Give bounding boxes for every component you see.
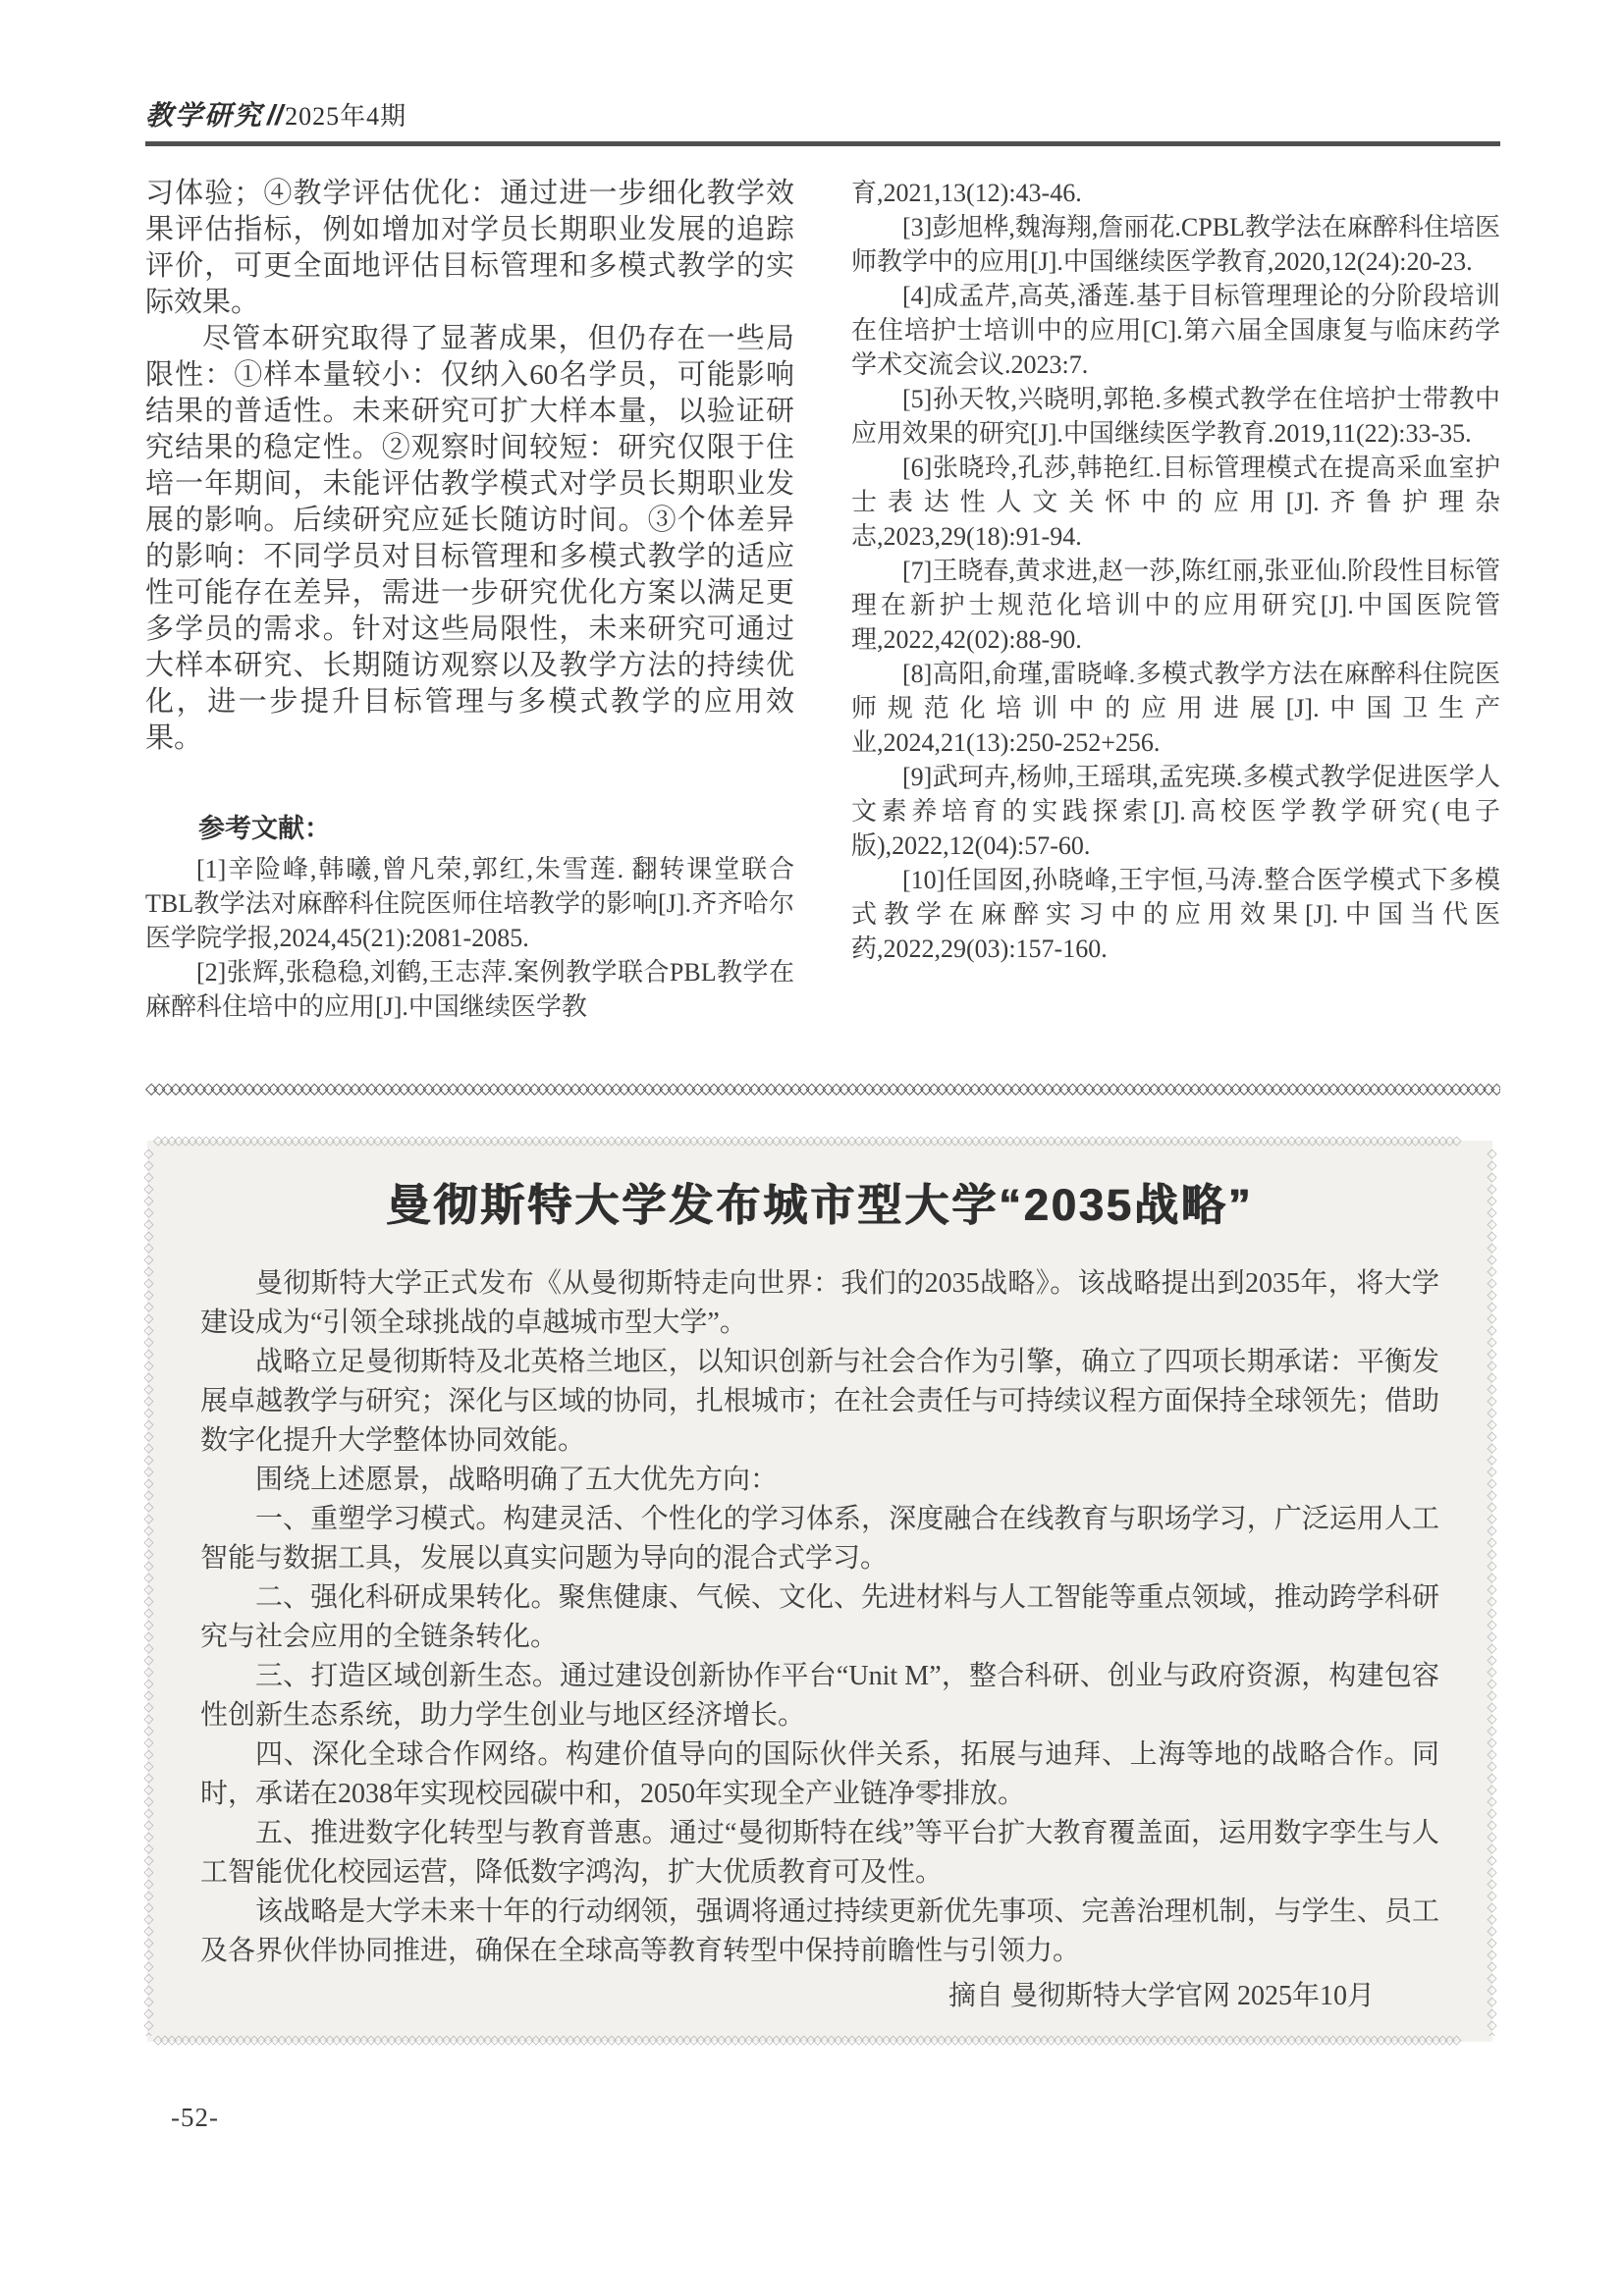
article-body-columns: 习体验；④教学评估优化：通过进一步细化教学效果评估指标，例如增加对学员长期职业发…: [145, 176, 1500, 1024]
reference-entry-continuation: 育,2021,13(12):43-46.: [851, 176, 1500, 210]
reference-entry: [5]孙天牧,兴晓明,郭艳.多模式教学在住培护士带教中应用效果的研究[J].中国…: [851, 382, 1500, 451]
page-number: -52-: [171, 2103, 219, 2132]
news-paragraph: 战略立足曼彻斯特及北英格兰地区，以知识创新与社会合作为引擎，确立了四项长期承诺：…: [200, 1343, 1439, 1461]
journal-slashes-decoration: //: [267, 100, 283, 132]
reference-entry: [9]武珂卉,杨帅,王瑶琪,孟宪瑛.多模式教学促进医学人文素养培育的实践探索[J…: [851, 760, 1500, 863]
body-paragraph: 尽管本研究取得了显著成果，但仍存在一些局限性：①样本量较小：仅纳入60名学员，可…: [145, 321, 794, 757]
news-paragraph: 该战略是大学未来十年的行动纲领，强调将通过持续更新优先事项、完善治理机制，与学生…: [200, 1893, 1439, 1971]
reference-entry: [6]张晓玲,孔莎,韩艳红.目标管理模式在提高采血室护士表达性人文关怀中的应用[…: [851, 451, 1500, 554]
news-paragraph: 五、推进数字化转型与教育普惠。通过“曼彻斯特在线”等平台扩大教育覆盖面，运用数字…: [200, 1814, 1439, 1893]
news-paragraph: 二、强化科研成果转化。聚焦健康、气候、文化、先进材料与人工智能等重点领域，推动跨…: [200, 1578, 1439, 1657]
reference-entry: [2]张辉,张稳稳,刘鹤,王志萍.案例教学联合PBL教学在麻醉科住培中的应用[J…: [145, 955, 794, 1024]
reference-entry: [1]辛险峰,韩曦,曾凡荣,郭红,朱雪莲. 翻转课堂联合TBL教学法对麻醉科住院…: [145, 852, 794, 955]
diamond-chain-divider: ◇◇◇◇◇◇◇◇◇◇◇◇◇◇◇◇◇◇◇◇◇◇◇◇◇◇◇◇◇◇◇◇◇◇◇◇◇◇◇◇…: [145, 1078, 1500, 1099]
news-attribution: 摘自 曼彻斯特大学官网 2025年10月: [200, 1977, 1439, 2016]
body-paragraph: 习体验；④教学评估优化：通过进一步细化教学效果评估指标，例如增加对学员长期职业发…: [145, 176, 794, 321]
reference-entry: [4]成孟芹,高英,潘莲.基于目标管理理论的分阶段培训在住培护士培训中的应用[C…: [851, 279, 1500, 382]
page-header: 教学研究//2025年4期: [145, 94, 1500, 133]
page-footer: -52-: [145, 2103, 1500, 2133]
news-title: 曼彻斯特大学发布城市型大学“2035战略”: [200, 1180, 1439, 1231]
news-box: ◇◇◇◇◇◇◇◇◇◇◇◇◇◇◇◇◇◇◇◇◇◇◇◇◇◇◇◇◇◇◇◇◇◇◇◇◇◇◇◇…: [147, 1141, 1492, 2042]
news-paragraph: 四、深化全球合作网络。构建价值导向的国际伙伴关系，拓展与迪拜、上海等地的战略合作…: [200, 1735, 1439, 1814]
header-rule-divider: [145, 141, 1500, 146]
box-border-top-decoration: ◇◇◇◇◇◇◇◇◇◇◇◇◇◇◇◇◇◇◇◇◇◇◇◇◇◇◇◇◇◇◇◇◇◇◇◇◇◇◇◇…: [153, 1135, 1487, 1148]
reference-entry: [10]任囯囡,孙晓峰,王宇恒,马涛.整合医学模式下多模式教学在麻醉实习中的应用…: [851, 863, 1500, 966]
reference-entry: [3]彭旭桦,魏海翔,詹丽花.CPBL教学法在麻醉科住培医师教学中的应用[J].…: [851, 210, 1500, 279]
reference-entry: [7]王晓春,黄求进,赵一莎,陈红丽,张亚仙.阶段性目标管理在新护士规范化培训中…: [851, 554, 1500, 657]
news-paragraph: 曼彻斯特大学正式发布《从曼彻斯特走向世界：我们的2035战略》。该战略提出到20…: [200, 1264, 1439, 1343]
news-paragraph: 围绕上述愿景，战略明确了五大优先方向：: [200, 1461, 1439, 1500]
box-border-right-decoration: ◇◇◇◇◇◇◇◇◇◇◇◇◇◇◇◇◇◇◇◇◇◇◇◇◇◇◇◇◇◇◇◇◇◇◇◇◇◇◇◇…: [1485, 1147, 1498, 2036]
news-paragraph: 一、重塑学习模式。构建灵活、个性化的学习体系，深度融合在线教育与职场学习，广泛运…: [200, 1500, 1439, 1578]
journal-issue: 2025年4期: [285, 102, 406, 131]
journal-page: 教学研究//2025年4期 习体验；④教学评估优化：通过进一步细化教学效果评估指…: [0, 0, 1624, 2296]
journal-name: 教学研究: [145, 101, 263, 132]
news-paragraph: 三、打造区域创新生态。通过建设创新协作平台“Unit M”，整合科研、创业与政府…: [200, 1657, 1439, 1735]
box-border-bottom-decoration: ◇◇◇◇◇◇◇◇◇◇◇◇◇◇◇◇◇◇◇◇◇◇◇◇◇◇◇◇◇◇◇◇◇◇◇◇◇◇◇◇…: [153, 2034, 1487, 2048]
reference-entry: [8]高阳,俞瑾,雷晓峰.多模式教学方法在麻醉科住院医师规范化培训中的应用进展[…: [851, 657, 1500, 760]
left-column: 习体验；④教学评估优化：通过进一步细化教学效果评估指标，例如增加对学员长期职业发…: [145, 176, 794, 1024]
box-border-left-decoration: ◇◇◇◇◇◇◇◇◇◇◇◇◇◇◇◇◇◇◇◇◇◇◇◇◇◇◇◇◇◇◇◇◇◇◇◇◇◇◇◇…: [141, 1147, 155, 2036]
right-column: 育,2021,13(12):43-46. [3]彭旭桦,魏海翔,詹丽花.CPBL…: [851, 176, 1500, 1024]
references-heading: 参考文献：: [145, 811, 794, 846]
